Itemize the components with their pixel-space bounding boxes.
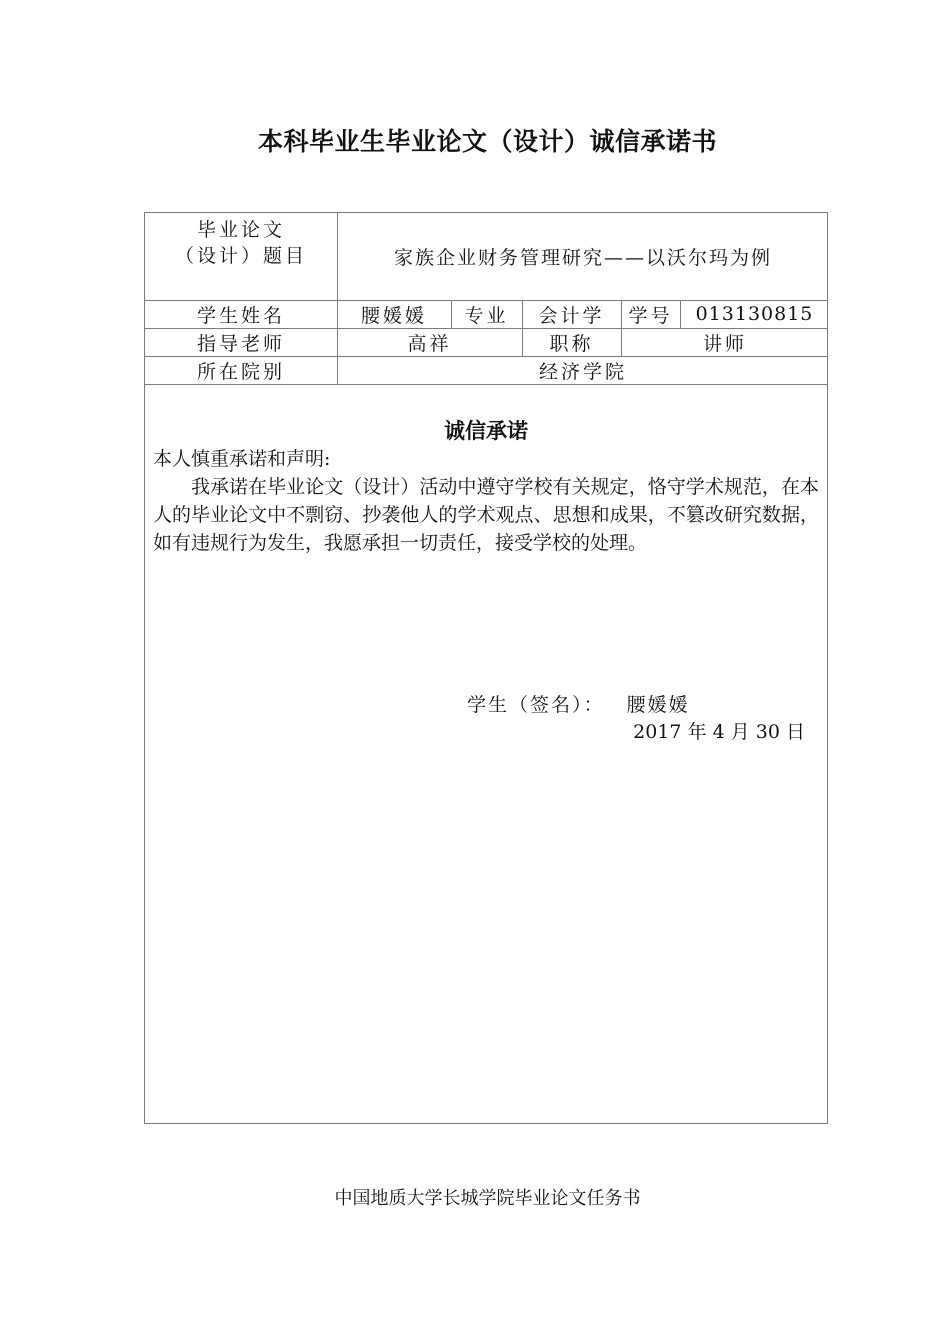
pledge-body: 我承诺在毕业论文（设计）活动中遵守学校有关规定，恪守学术规范，在本人的毕业论文中…: [153, 473, 819, 557]
student-name-label: 学生姓名: [145, 300, 337, 328]
advisor-title-label: 职称: [522, 328, 621, 356]
student-name-value: 腰媛媛: [337, 300, 451, 328]
pledge-heading: 诚信承诺: [145, 415, 827, 445]
advisor-value: 高祥: [337, 328, 522, 356]
signature-date: 2017 年 4 月 30 日: [633, 717, 805, 744]
document-title: 本科毕业生毕业论文（设计）诚信承诺书: [0, 122, 950, 158]
pledge-text: 本人慎重承诺和声明: 我承诺在毕业论文（设计）活动中遵守学校有关规定，恪守学术规…: [153, 445, 819, 557]
signature-value: 腰媛媛: [627, 694, 690, 716]
table-divider: [145, 384, 827, 385]
student-id-value: 013130815: [680, 300, 829, 328]
major-label: 专业: [451, 300, 522, 328]
thesis-title-label-line2: （设计）题目: [175, 243, 307, 269]
thesis-title-label-line1: 毕业论文: [197, 217, 285, 243]
thesis-title-value: 家族企业财务管理研究——以沃尔玛为例: [337, 213, 829, 300]
major-value: 会计学: [522, 300, 621, 328]
pledge-intro: 本人慎重承诺和声明:: [153, 445, 819, 473]
student-id-label: 学号: [621, 300, 680, 328]
signature-label: 学生（签名）：: [467, 694, 605, 716]
thesis-title-label: 毕业论文 （设计）题目: [145, 213, 337, 273]
footer-title: 中国地质大学长城学院毕业论文任务书: [0, 1184, 950, 1210]
advisor-label: 指导老师: [145, 328, 337, 356]
pledge-form-table: 毕业论文 （设计）题目 家族企业财务管理研究——以沃尔玛为例 学生姓名 腰媛媛 …: [144, 212, 828, 1124]
signature-line: 学生（签名）： 腰媛媛: [467, 690, 690, 717]
school-value: 经济学院: [337, 356, 829, 384]
advisor-title-value: 讲师: [621, 328, 829, 356]
school-label: 所在院别: [145, 356, 337, 384]
